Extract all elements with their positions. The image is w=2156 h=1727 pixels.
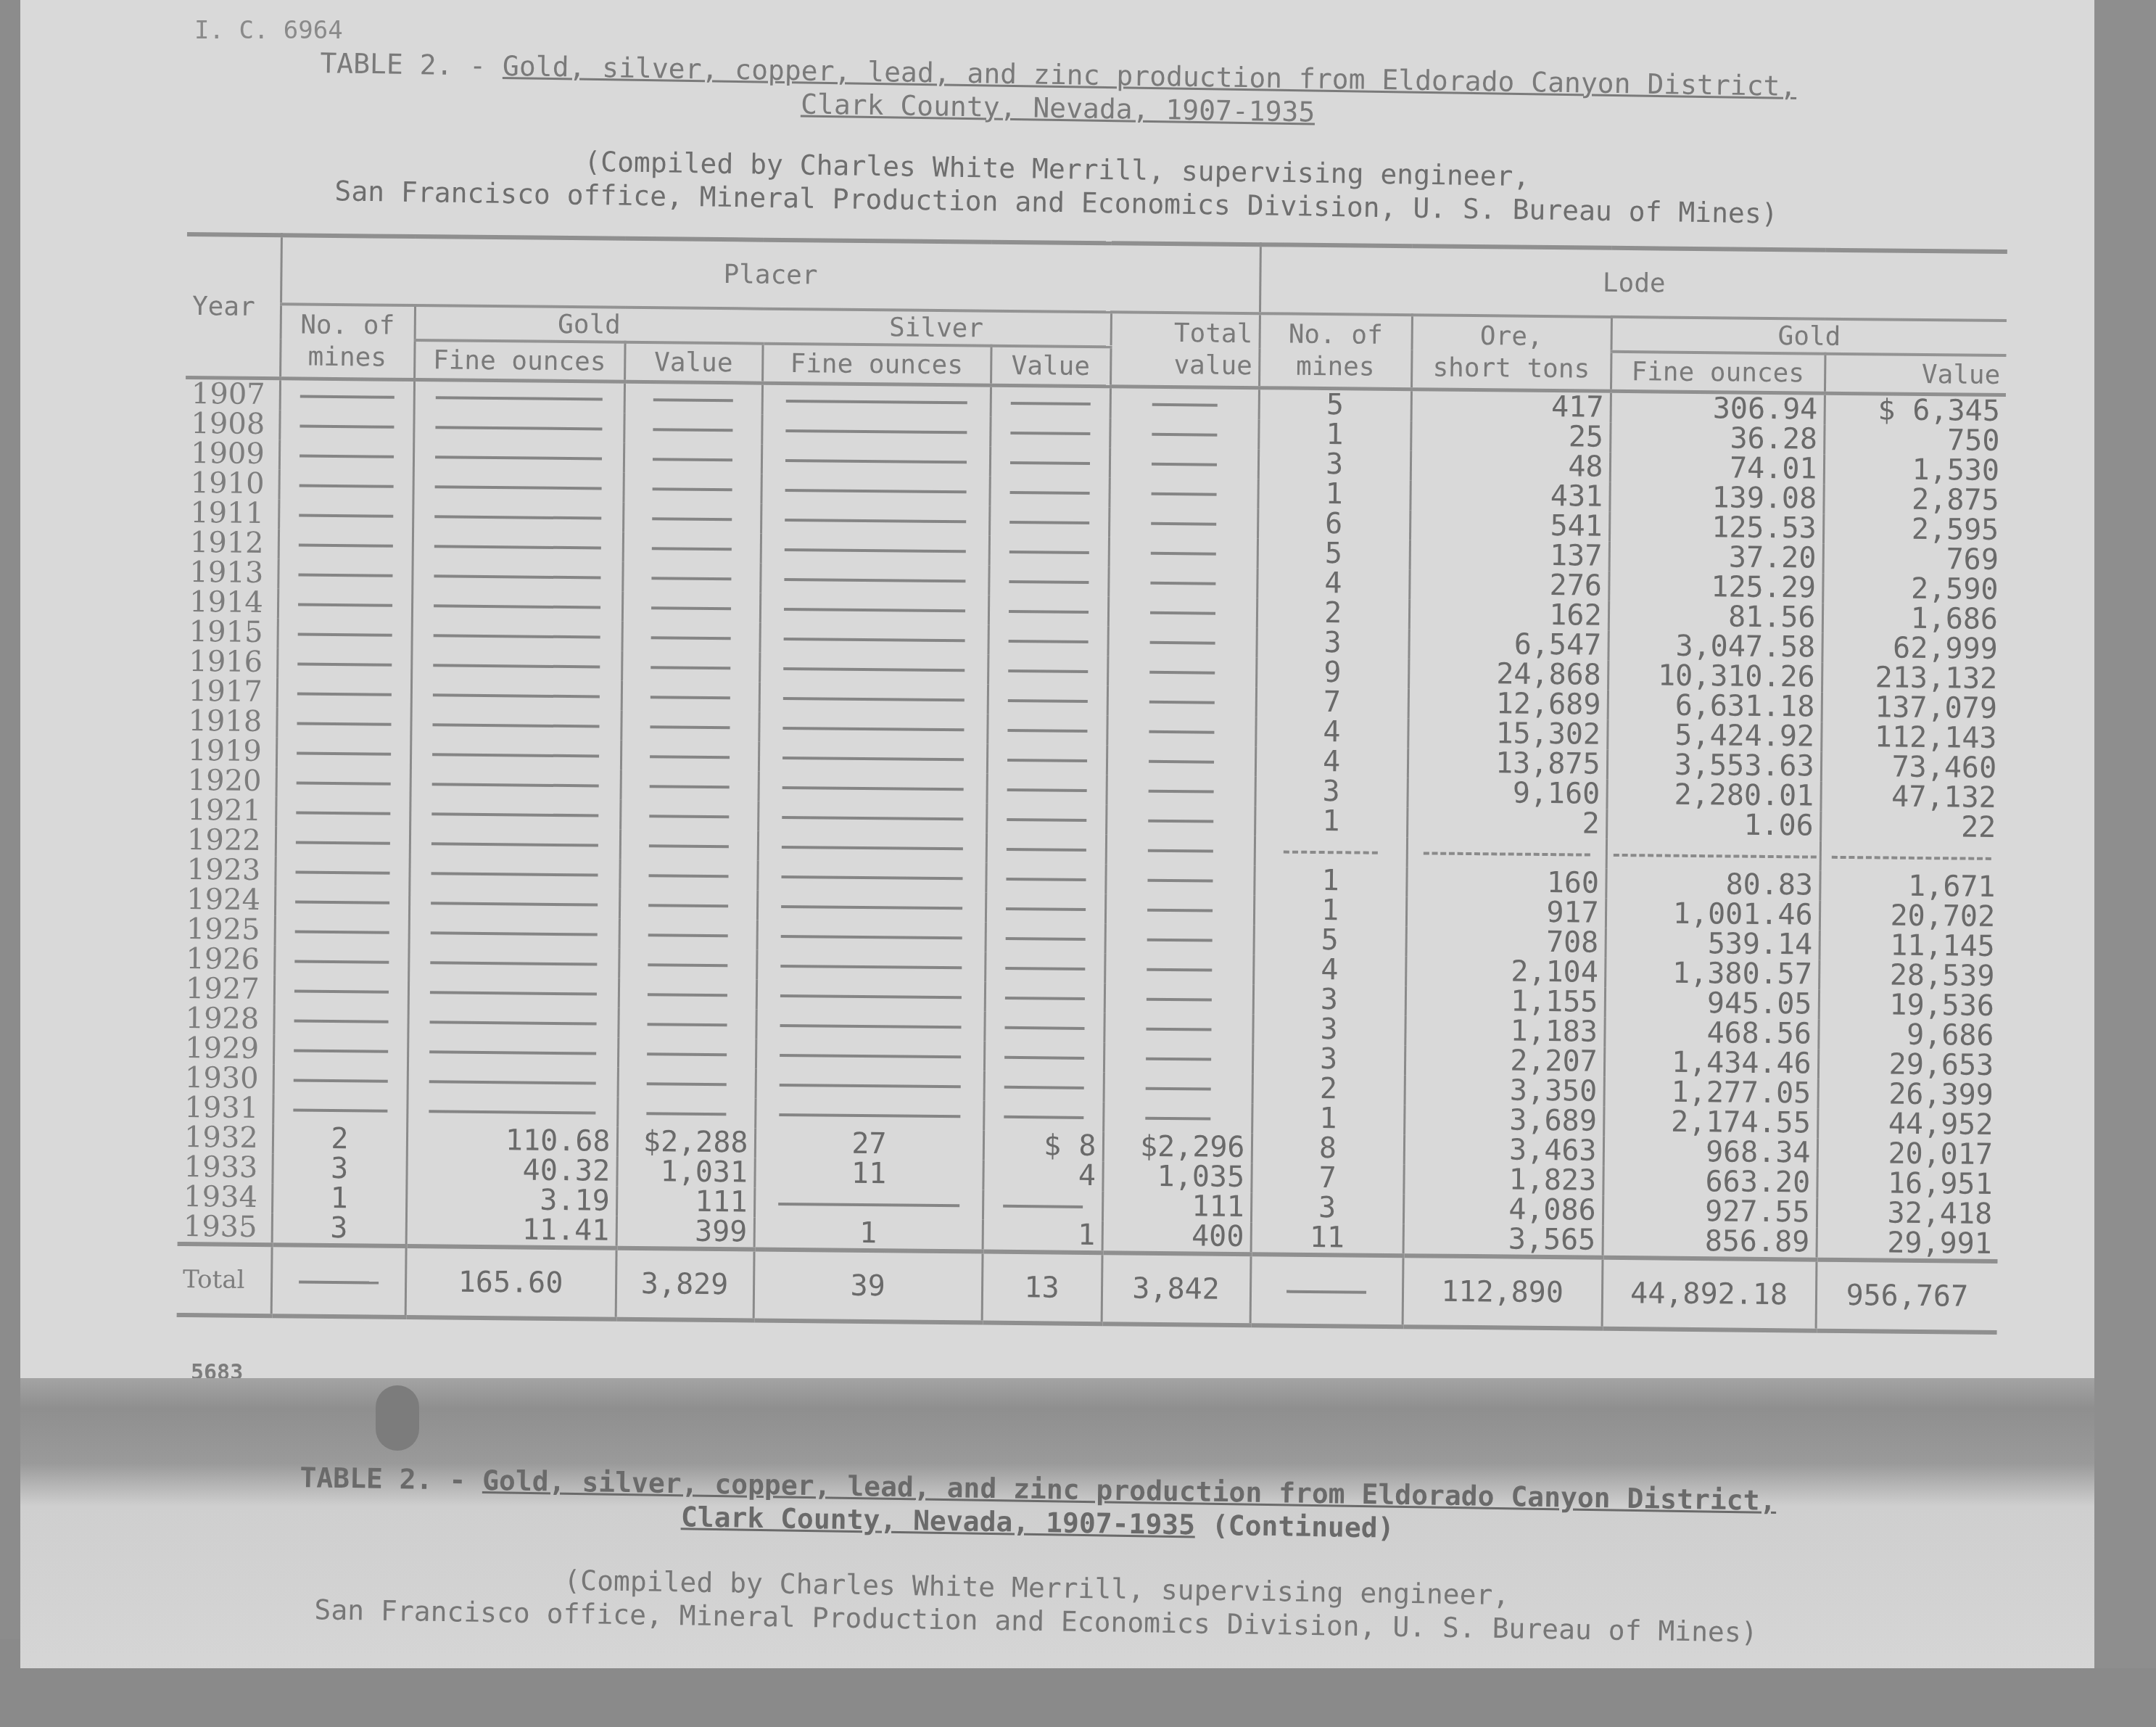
no-data-dash <box>1004 1086 1083 1089</box>
total-l-mines <box>1250 1254 1403 1327</box>
scan-right-edge <box>2094 0 2156 1727</box>
title-text-2: Clark County, Nevada, 1907-1935 <box>801 88 1316 128</box>
cell-p-mines: 2 <box>273 1124 407 1155</box>
cell-l-mines: 5 <box>1254 925 1406 956</box>
cell-p-mines <box>280 379 414 411</box>
total-l-ore: 112,890 <box>1403 1256 1603 1329</box>
cell-p-gold-oz <box>410 709 621 741</box>
cell-l-gold-val: 213,132 <box>1822 663 2003 694</box>
no-data-dash <box>1423 852 1590 856</box>
no-data-dash <box>785 489 966 493</box>
no-data-dash <box>781 905 962 910</box>
cell-p-silver-oz <box>759 742 987 774</box>
cell-p-gold-val <box>619 978 756 1010</box>
cell-l-gold-val: 19,536 <box>1819 990 2000 1021</box>
no-data-dash <box>1009 491 1089 495</box>
no-data-dash <box>782 816 963 820</box>
no-data-dash <box>652 547 732 551</box>
cell-p-total <box>1110 418 1258 449</box>
cell-p-silver-oz <box>757 861 986 893</box>
no-data-dash <box>430 1021 597 1025</box>
cell-p-mines <box>278 588 412 619</box>
cell-l-gold-oz: 306.94 <box>1611 391 1825 424</box>
cell-p-silver-val <box>983 1101 1103 1132</box>
row-year: 1913 <box>183 558 278 588</box>
no-data-dash <box>649 815 729 818</box>
cell-p-silver-val <box>989 477 1109 508</box>
cell-p-silver-val <box>988 595 1108 627</box>
cell-l-mines: 1 <box>1255 806 1407 837</box>
cell-l-ore: 2 <box>1407 807 1606 839</box>
cell-l-gold-oz: 81.56 <box>1608 601 1822 633</box>
table-body: 19075417306.94$ 6,345190812536.287501909… <box>177 377 2006 1332</box>
cell-p-gold-val <box>619 860 757 891</box>
cell-p-silver-oz <box>756 1010 984 1042</box>
no-data-dash <box>431 842 598 846</box>
no-data-dash <box>650 666 730 669</box>
cell-p-silver-val <box>986 833 1106 865</box>
row-year: 1908 <box>185 409 279 440</box>
no-data-dash <box>1149 701 1214 704</box>
cell-l-mines: 7 <box>1251 1163 1403 1194</box>
no-data-dash <box>1006 878 1086 881</box>
no-data-dash <box>1147 879 1213 883</box>
no-data-dash <box>651 636 731 640</box>
cell-p-mines: 1 <box>272 1183 406 1214</box>
cell-p-silver-val <box>988 566 1108 597</box>
cell-p-total <box>1104 983 1253 1014</box>
no-data-dash <box>782 757 964 761</box>
production-table-wrapper: Year Placer Lode No. of mines Gold Silve… <box>177 232 2007 1335</box>
cell-p-silver-val <box>984 1071 1104 1102</box>
cell-p-silver-oz <box>761 534 989 566</box>
cell-l-ore: 2,207 <box>1405 1045 1604 1077</box>
cell-l-gold-val: 2,875 <box>1823 485 2004 516</box>
no-data-dash <box>647 1052 727 1056</box>
cell-p-mines <box>275 886 409 917</box>
no-data-dash <box>296 811 390 815</box>
cell-p-silver-val <box>987 744 1107 775</box>
no-data-dash <box>1284 851 1378 854</box>
cell-l-mines: 1 <box>1252 1103 1404 1134</box>
no-data-dash <box>779 1084 960 1088</box>
header-placer-silver: Silver <box>763 309 1111 347</box>
cell-l-ore: 15,302 <box>1408 718 1607 750</box>
no-data-dash <box>429 1050 596 1055</box>
cell-l-gold-oz: 6,631.18 <box>1608 691 1822 722</box>
cell-p-silver-oz <box>756 1039 984 1071</box>
cell-p-silver-val: 1 <box>983 1220 1102 1253</box>
no-data-dash <box>298 603 392 606</box>
cell-p-silver-val <box>986 923 1105 954</box>
cell-p-silver-val <box>983 1190 1102 1221</box>
cell-l-mines: 3 <box>1253 984 1405 1015</box>
no-data-dash <box>1148 820 1213 823</box>
no-data-dash <box>434 574 600 579</box>
cell-p-gold-val: 111 <box>616 1187 754 1218</box>
header-lode-gold: Gold <box>1611 317 2007 355</box>
cell-p-gold-val <box>621 711 759 742</box>
cell-p-gold-oz: 40.32 <box>406 1155 616 1187</box>
no-data-dash <box>298 573 392 577</box>
no-data-dash <box>785 519 966 523</box>
cell-l-gold-oz: 663.20 <box>1603 1166 1817 1198</box>
cell-p-silver-oz <box>756 1069 984 1101</box>
cell-p-silver-oz <box>761 474 989 506</box>
cell-p-silver-oz <box>757 891 986 923</box>
no-data-dash <box>1152 463 1217 466</box>
row-year: 1932 <box>178 1123 273 1153</box>
cell-l-gold-val: 29,653 <box>1818 1050 1999 1081</box>
total-p-silver-val: 13 <box>982 1252 1102 1324</box>
cell-p-gold-val <box>617 1097 755 1129</box>
row-year: 1924 <box>181 885 275 915</box>
cell-l-gold-oz: 1,277.05 <box>1604 1077 1818 1109</box>
cell-l-mines: 3 <box>1252 1014 1405 1045</box>
no-data-dash <box>780 1054 961 1058</box>
cell-l-ore: 13,875 <box>1408 748 1607 780</box>
cell-l-ore: 431 <box>1410 480 1609 512</box>
cell-l-mines: 3 <box>1258 449 1411 480</box>
cell-l-gold-oz: 125.29 <box>1608 572 1822 603</box>
cell-l-gold-oz: 539.14 <box>1606 928 1820 960</box>
cell-l-ore: 12,689 <box>1408 688 1608 720</box>
cell-p-total <box>1104 1042 1252 1073</box>
no-data-dash <box>429 1080 596 1084</box>
cell-p-mines: 3 <box>272 1153 406 1184</box>
cell-l-ore <box>1407 837 1606 869</box>
no-data-dash <box>1147 968 1212 972</box>
cell-l-gold-oz: 36.28 <box>1610 423 1824 455</box>
cell-l-mines: 4 <box>1253 955 1405 986</box>
cell-p-total: $2,296 <box>1103 1132 1252 1163</box>
cell-l-mines <box>1255 836 1407 867</box>
cell-l-ore: 1,155 <box>1405 986 1605 1018</box>
cell-p-gold-oz: 3.19 <box>406 1184 616 1216</box>
binder-hole-icon <box>376 1385 419 1451</box>
cell-p-silver-oz <box>761 415 990 447</box>
cell-p-gold-oz: 11.41 <box>406 1214 616 1248</box>
cell-p-total <box>1107 656 1256 687</box>
cell-p-total <box>1105 923 1254 955</box>
no-data-dash <box>1005 967 1085 970</box>
header-lode-gold-value: Value <box>1825 354 2007 395</box>
cell-p-gold-val <box>619 889 757 920</box>
cell-p-silver-val <box>986 804 1106 835</box>
cell-p-gold-oz <box>409 857 619 889</box>
cell-p-gold-val <box>621 681 759 712</box>
cell-p-total <box>1106 834 1255 865</box>
no-data-dash <box>651 606 731 610</box>
cell-p-gold-val <box>619 919 757 950</box>
no-data-dash <box>1009 521 1089 524</box>
cell-p-gold-val <box>620 800 758 831</box>
total-p-gold-oz: 165.60 <box>405 1246 616 1319</box>
no-data-dash <box>294 960 389 963</box>
no-data-dash <box>431 902 598 906</box>
no-data-dash <box>435 426 602 430</box>
header-placer-gold: Gold <box>415 305 763 344</box>
cell-l-gold-val: 137,079 <box>1822 693 2003 724</box>
cell-p-silver-val: $ 8 <box>983 1131 1103 1162</box>
no-data-dash <box>295 841 389 844</box>
cell-p-gold-oz <box>413 441 624 473</box>
total-p-mines <box>271 1245 406 1317</box>
no-data-dash <box>1145 1117 1210 1121</box>
cell-l-ore: 3,350 <box>1405 1075 1604 1107</box>
cell-p-silver-oz <box>761 504 989 536</box>
cell-p-gold-oz <box>411 619 621 651</box>
cell-p-silver-val <box>985 982 1104 1013</box>
cell-l-mines: 2 <box>1252 1073 1405 1105</box>
cell-l-mines: 3 <box>1251 1192 1403 1224</box>
no-data-dash <box>778 1203 959 1207</box>
row-year: 1910 <box>184 469 278 499</box>
no-data-dash <box>650 696 730 699</box>
row-year: 1918 <box>182 706 276 737</box>
cell-l-gold-oz: 927.55 <box>1603 1196 1817 1228</box>
row-year: 1929 <box>179 1034 273 1064</box>
total-label: Total <box>177 1244 272 1316</box>
cell-l-ore: 137 <box>1410 540 1609 572</box>
cell-p-silver-val <box>988 685 1107 716</box>
no-data-dash <box>429 1110 595 1114</box>
row-year: 1928 <box>179 1004 273 1034</box>
cell-l-ore: 6,547 <box>1409 629 1608 661</box>
no-data-dash <box>294 1049 388 1052</box>
cell-l-ore: 48 <box>1411 450 1610 482</box>
no-data-dash <box>433 664 600 668</box>
no-data-dash <box>294 989 388 993</box>
no-data-dash <box>434 634 600 638</box>
cell-l-ore: 3,689 <box>1404 1105 1603 1137</box>
cell-p-mines <box>273 1094 407 1125</box>
no-data-dash <box>1006 848 1086 852</box>
cell-l-gold-oz: 968.34 <box>1603 1137 1817 1168</box>
cell-p-gold-oz: 110.68 <box>407 1125 617 1157</box>
header-total-value: Total value <box>1110 312 1260 387</box>
no-data-dash <box>300 395 394 399</box>
cell-l-mines: 4 <box>1257 568 1409 599</box>
row-year: 1921 <box>181 796 276 826</box>
cell-p-total: 400 <box>1102 1221 1251 1254</box>
cell-p-silver-oz: 1 <box>754 1218 983 1252</box>
cell-p-silver-oz <box>758 801 986 833</box>
no-data-dash <box>297 662 392 666</box>
header-placer-gold-oz: Fine ounces <box>414 340 625 382</box>
cell-p-silver-oz: 27 <box>755 1129 983 1161</box>
cell-p-total <box>1110 387 1259 419</box>
cell-l-gold-oz: 37.20 <box>1609 542 1823 574</box>
no-data-dash <box>1006 907 1086 911</box>
no-data-dash <box>1010 402 1090 405</box>
cell-p-silver-oz <box>759 623 988 655</box>
no-data-dash <box>652 517 732 521</box>
header-placer-mines: No. of mines <box>280 304 415 379</box>
cell-p-gold-oz <box>410 768 621 800</box>
row-year: 1925 <box>181 915 275 945</box>
cell-l-gold-oz: 1,001.46 <box>1606 899 1820 931</box>
no-data-dash <box>297 632 392 636</box>
table-title: TABLE 2. - Gold, silver, copper, lead, a… <box>19 42 2095 236</box>
cell-p-gold-val <box>624 382 762 414</box>
row-year: 1933 <box>178 1153 272 1183</box>
cell-p-gold-val: $2,288 <box>617 1127 755 1158</box>
cell-p-mines <box>274 975 408 1006</box>
no-data-dash <box>779 1113 960 1118</box>
cell-p-silver-oz <box>759 653 988 685</box>
cell-l-gold-val: 112,143 <box>1821 722 2002 754</box>
no-data-dash <box>430 991 597 995</box>
no-data-dash <box>293 1079 387 1082</box>
no-data-dash <box>432 753 599 757</box>
cell-p-silver-val <box>986 893 1105 924</box>
no-data-dash <box>651 577 731 580</box>
no-data-dash <box>782 727 964 731</box>
cell-p-silver-oz <box>759 772 987 804</box>
no-data-dash <box>1005 937 1085 941</box>
no-data-dash <box>1151 522 1216 526</box>
cell-p-mines <box>279 440 413 471</box>
cell-p-mines <box>273 1005 408 1036</box>
cell-p-gold-oz <box>410 798 620 830</box>
cell-p-mines <box>275 915 409 947</box>
cell-l-mines: 5 <box>1257 538 1410 569</box>
total-l-gold-val: 956,767 <box>1816 1260 1998 1332</box>
cell-l-mines: 3 <box>1255 776 1408 807</box>
row-year: 1907 <box>186 377 280 410</box>
cell-p-mines: 3 <box>272 1213 406 1246</box>
no-data-dash <box>782 786 963 791</box>
no-data-dash <box>1004 997 1084 1000</box>
cell-l-ore: 24,868 <box>1408 659 1608 691</box>
cell-l-gold-val: 62,999 <box>1822 633 2003 664</box>
header-lode-mines: No. of mines <box>1259 313 1412 389</box>
cell-p-silver-oz <box>761 445 990 477</box>
no-data-dash <box>1613 854 1816 859</box>
cell-l-mines: 8 <box>1252 1133 1404 1164</box>
cell-p-gold-val <box>623 532 761 564</box>
cell-p-silver-oz <box>759 683 988 714</box>
cell-l-gold-oz: 74.01 <box>1610 453 1824 485</box>
cell-p-gold-val <box>620 830 758 861</box>
cell-l-gold-oz <box>1606 839 1820 871</box>
row-year: 1931 <box>178 1093 273 1124</box>
no-data-dash <box>653 458 732 461</box>
no-data-dash <box>434 604 600 609</box>
row-year: 1919 <box>182 736 276 767</box>
cell-p-gold-val <box>623 503 761 534</box>
total-p-gold-val: 3,829 <box>616 1248 754 1321</box>
cell-p-mines <box>278 499 413 530</box>
cell-p-total <box>1107 685 1256 717</box>
no-data-dash <box>784 548 965 553</box>
row-year: 1917 <box>183 677 277 707</box>
total-p-total: 3,842 <box>1102 1253 1251 1325</box>
header-year: Year <box>186 234 281 379</box>
cell-p-silver-oz <box>762 383 991 417</box>
row-year: 1935 <box>178 1212 272 1245</box>
no-data-dash <box>296 781 390 785</box>
cell-p-silver-val <box>991 385 1110 418</box>
no-data-dash <box>1004 1026 1084 1030</box>
cell-l-mines: 3 <box>1252 1044 1405 1075</box>
no-data-dash <box>430 961 597 965</box>
cell-p-gold-oz <box>409 917 619 949</box>
row-year: 1923 <box>181 855 275 886</box>
no-data-dash <box>782 697 964 701</box>
cell-p-gold-oz <box>411 649 621 681</box>
cell-p-gold-oz <box>409 887 619 919</box>
cell-p-silver-oz <box>754 1188 983 1220</box>
no-data-dash <box>780 994 961 999</box>
no-data-dash <box>1008 669 1088 673</box>
no-data-dash <box>783 667 965 672</box>
cell-p-silver-oz: 11 <box>754 1158 983 1190</box>
cell-l-gold-val: 1,671 <box>1820 871 2001 902</box>
no-data-dash <box>650 755 730 759</box>
no-data-dash <box>1151 492 1216 496</box>
no-data-dash <box>299 1280 379 1284</box>
row-year: 1912 <box>184 528 278 559</box>
cell-l-gold-val: 11,145 <box>1820 931 2001 962</box>
no-data-dash <box>434 515 601 519</box>
cell-p-total <box>1109 477 1257 508</box>
cell-p-total <box>1107 715 1255 746</box>
cell-l-gold-val: 16,951 <box>1817 1168 1998 1200</box>
no-data-dash <box>785 400 967 404</box>
row-year: 1930 <box>179 1063 273 1094</box>
cell-p-silver-val <box>984 1012 1104 1043</box>
cell-l-gold-val: 44,952 <box>1817 1109 1999 1140</box>
no-data-dash <box>653 487 732 491</box>
cell-p-gold-oz <box>408 1006 618 1038</box>
cell-p-gold-val <box>622 562 760 593</box>
cell-p-gold-val <box>624 413 761 445</box>
cell-p-total <box>1108 566 1257 598</box>
cell-p-total: 111 <box>1102 1191 1251 1222</box>
cell-p-mines <box>278 529 413 560</box>
header-placer: Placer <box>281 235 1260 313</box>
cell-p-gold-val <box>618 1068 756 1099</box>
cell-p-gold-oz <box>413 530 623 562</box>
cell-l-gold-oz: 2,174.55 <box>1603 1107 1817 1139</box>
no-data-dash <box>431 931 598 936</box>
cell-l-gold-val: 1,686 <box>1822 603 2004 635</box>
cell-p-gold-val <box>618 1038 756 1069</box>
no-data-dash <box>780 935 962 939</box>
no-data-dash <box>1832 856 1991 860</box>
cell-l-ore: 276 <box>1409 569 1608 601</box>
no-data-dash <box>784 578 965 582</box>
cell-l-gold-val: 2,590 <box>1822 574 2004 605</box>
cell-l-mines: 1 <box>1257 479 1410 510</box>
scan-left-edge <box>0 0 20 1639</box>
cell-p-gold-oz <box>414 380 624 413</box>
cell-p-gold-oz <box>411 679 621 711</box>
no-data-dash <box>1145 1087 1210 1091</box>
cell-p-total <box>1104 1013 1252 1044</box>
cell-l-ore: 162 <box>1409 599 1608 631</box>
cell-p-gold-oz <box>413 411 624 443</box>
no-data-dash <box>1007 818 1086 822</box>
no-data-dash <box>1147 909 1213 912</box>
cell-l-gold-val: $ 6,345 <box>1825 393 2006 426</box>
cell-p-total <box>1110 448 1258 479</box>
cell-l-ore: 25 <box>1411 421 1610 453</box>
production-table: Year Placer Lode No. of mines Gold Silve… <box>177 232 2007 1335</box>
cell-p-silver-oz <box>755 1099 983 1131</box>
